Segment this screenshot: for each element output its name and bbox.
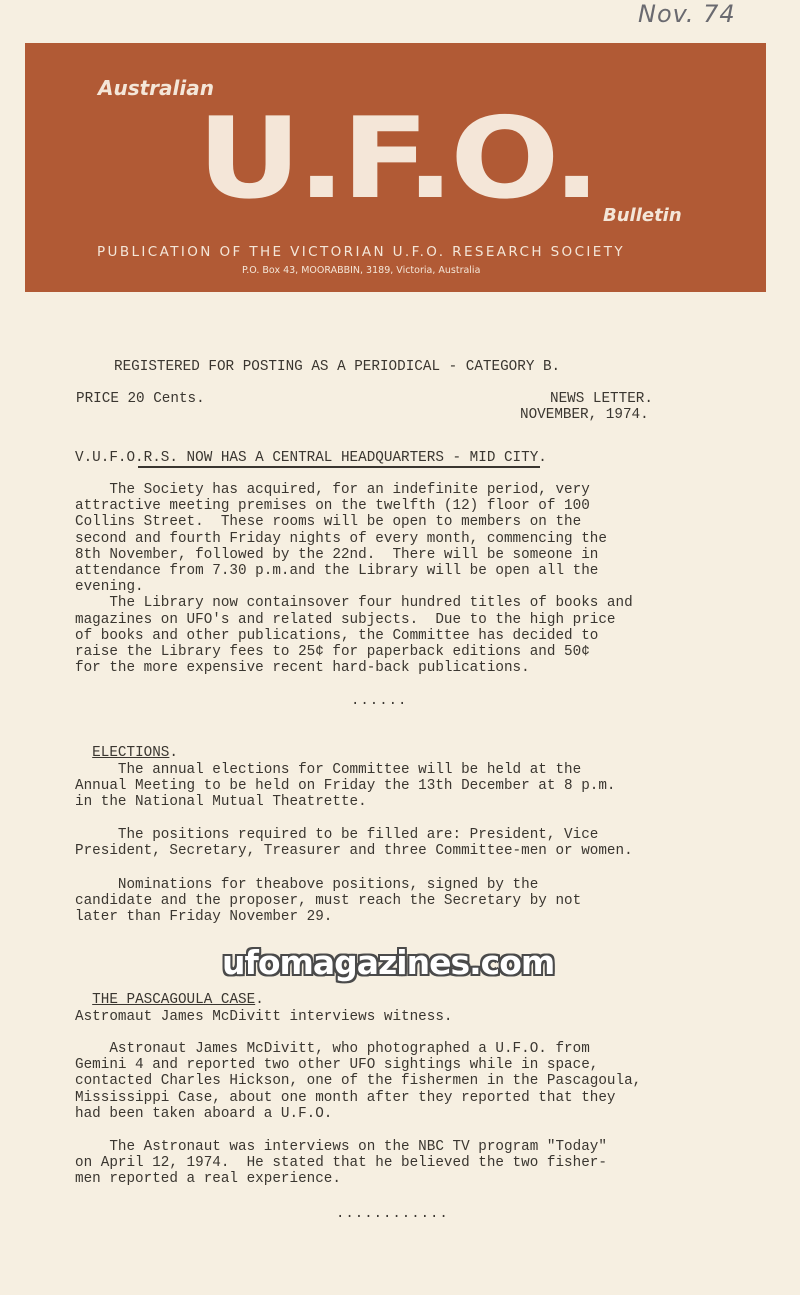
text-line: contacted Charles Hickson, one of the fi… — [75, 1073, 641, 1089]
text-line: second and fourth Friday nights of every… — [75, 531, 607, 547]
handwritten-date-note: Nov. 74 — [638, 0, 736, 28]
issue-type: NEWS LETTER. — [550, 391, 653, 407]
text-line: President, Secretary, Treasurer and thre… — [75, 843, 633, 859]
section-separator: ...... — [351, 693, 407, 709]
registration-notice: REGISTERED FOR POSTING AS A PERIODICAL -… — [114, 359, 560, 375]
text-line: on April 12, 1974. He stated that he bel… — [75, 1155, 607, 1171]
headquarters-heading: V.U.F.O.R.S. NOW HAS A CENTRAL HEADQUART… — [75, 450, 547, 466]
text-line: The Society has acquired, for an indefin… — [75, 482, 590, 498]
text-line: of books and other publications, the Com… — [75, 628, 598, 644]
text-line: raise the Library fees to 25¢ for paperb… — [75, 644, 590, 660]
issue-date: NOVEMBER, 1974. — [520, 407, 649, 423]
pascagoula-heading-text: THE PASCAGOULA CASE — [92, 992, 255, 1008]
pascagoula-subheading: Astromaut James McDivitt interviews witn… — [75, 1009, 453, 1025]
text-line: The annual elections for Committee will … — [75, 762, 581, 778]
text-line: The positions required to be filled are:… — [75, 827, 598, 843]
text-line: Nominations for theabove positions, sign… — [75, 877, 538, 893]
masthead-publication: PUBLICATION OF THE VICTORIAN U.F.O. RESE… — [97, 244, 625, 260]
text-line: The Astronaut was interviews on the NBC … — [75, 1139, 607, 1155]
text-line: Gemini 4 and reported two other UFO sigh… — [75, 1057, 598, 1073]
masthead-bulletin: Bulletin — [603, 205, 682, 226]
text-line: for the more expensive recent hard-back … — [75, 660, 530, 676]
text-line: candidate and the proposer, must reach t… — [75, 893, 581, 909]
text-line: attendance from 7.30 p.m.and the Library… — [75, 563, 598, 579]
masthead-address: P.O. Box 43, MOORABBIN, 3189, Victoria, … — [242, 265, 480, 276]
elections-heading-text: ELECTIONS — [92, 745, 169, 761]
elections-heading: ELECTIONS. — [75, 729, 178, 762]
watermark: ufomagazines.com — [222, 943, 554, 982]
masthead-title: U.F.O. — [197, 103, 596, 215]
text-line: later than Friday November 29. — [75, 909, 332, 925]
section-separator: ............ — [336, 1206, 449, 1222]
heading-suffix: . — [169, 745, 178, 761]
masthead-banner: Australian U.F.O. Bulletin PUBLICATION O… — [25, 43, 766, 292]
text-line: Mississippi Case, about one month after … — [75, 1090, 616, 1106]
text-line: magazines on UFO's and related subjects.… — [75, 612, 616, 628]
text-line: attractive meeting premises on the twelf… — [75, 498, 590, 514]
text-line: in the National Mutual Theatrette. — [75, 794, 367, 810]
text-line: 8th November, followed by the 22nd. Ther… — [75, 547, 598, 563]
heading-rule — [138, 466, 540, 468]
text-line: evening. — [75, 579, 144, 595]
text-line: had been taken aboard a U.F.O. — [75, 1106, 332, 1122]
price: PRICE 20 Cents. — [76, 391, 205, 407]
text-line: men reported a real experience. — [75, 1171, 341, 1187]
text-line: Collins Street. These rooms will be open… — [75, 514, 581, 530]
text-line: The Library now containsover four hundre… — [75, 595, 633, 611]
text-line: Annual Meeting to be held on Friday the … — [75, 778, 616, 794]
text-line: Astronaut James McDivitt, who photograph… — [75, 1041, 590, 1057]
heading-suffix: . — [255, 992, 264, 1008]
